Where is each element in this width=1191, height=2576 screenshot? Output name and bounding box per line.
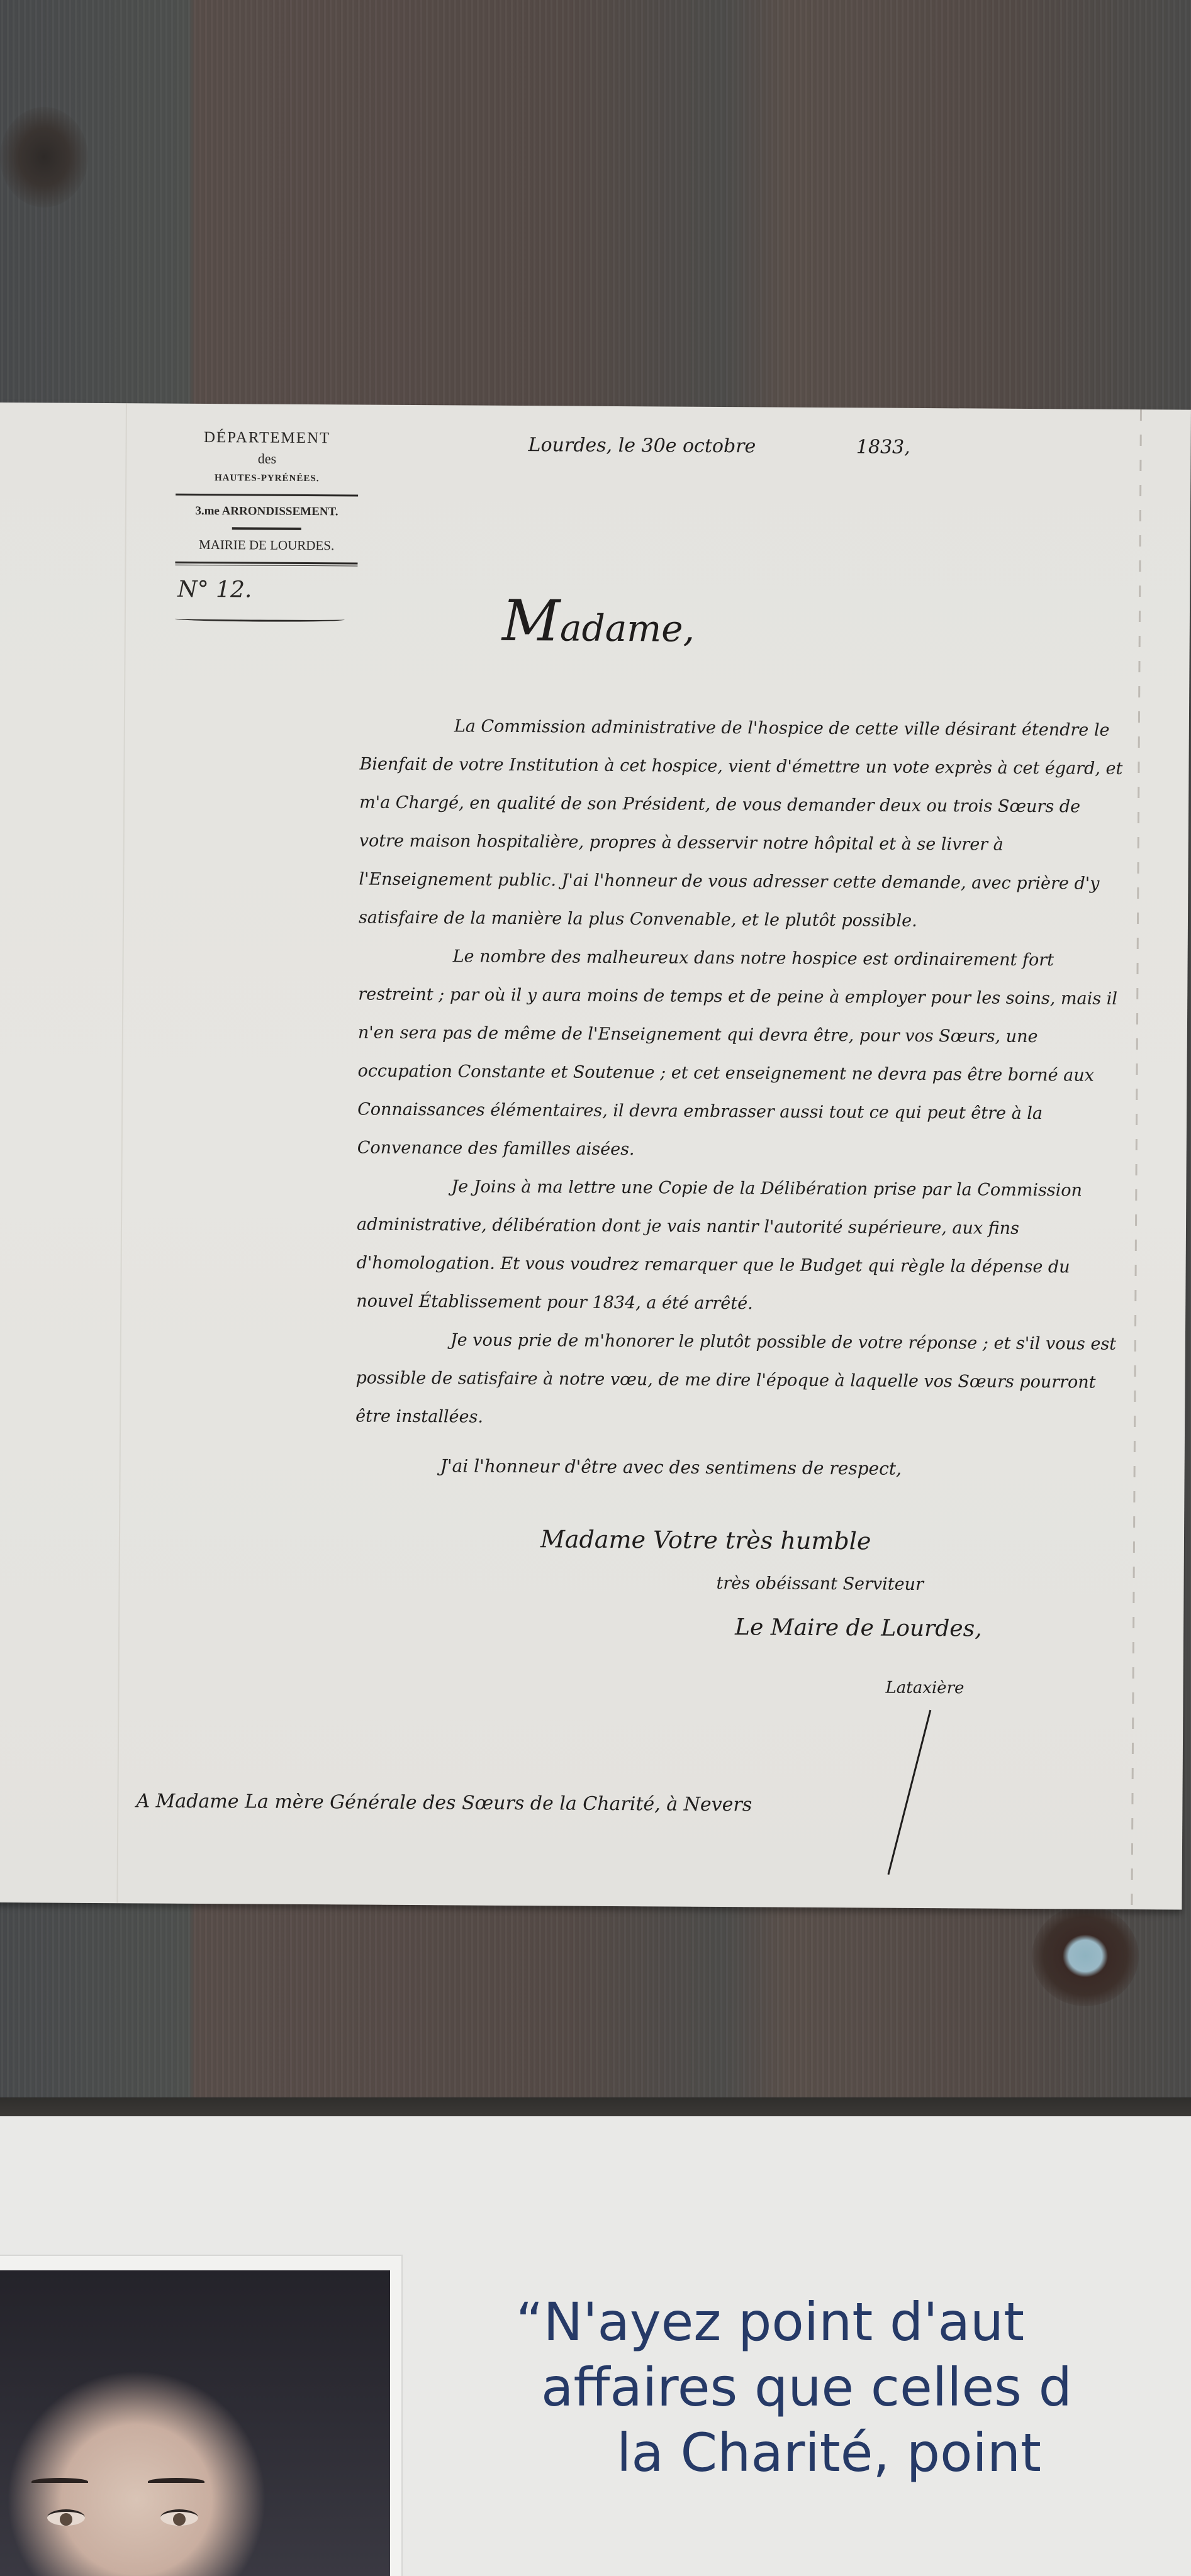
- signoff-line: Madame Votre très humble: [540, 1525, 871, 1555]
- paper-fold-line: [116, 403, 127, 1903]
- paragraph: La Commission administrative de l'hospic…: [359, 707, 1127, 941]
- flourish-divider: [175, 616, 345, 623]
- paragraph: Le nombre des malheureux dans notre hosp…: [357, 936, 1126, 1171]
- letterhead-department: DÉPARTEMENT: [176, 429, 359, 448]
- signoff-line: Le Maire de Lourdes,: [735, 1614, 982, 1641]
- eyebrow: [148, 2478, 204, 2485]
- eye: [160, 2509, 198, 2526]
- quote-line: “N'ayez point d'aut: [516, 2289, 1191, 2355]
- salutation: Madame,: [502, 588, 695, 655]
- letter-body: La Commission administrative de l'hospic…: [355, 707, 1127, 1440]
- wood-knot: [1032, 1906, 1139, 2006]
- frame-edge: [0, 2097, 1191, 2116]
- dateline: Lourdes, le 30e octobre 1833,: [528, 434, 910, 458]
- eye: [47, 2509, 85, 2526]
- eyebrow: [31, 2478, 88, 2485]
- historical-letter: DÉPARTEMENT des HAUTES-PYRÉNÉES. 3.me AR…: [0, 402, 1191, 1910]
- wood-knot: [0, 107, 88, 208]
- portrait-image: [0, 2270, 390, 2576]
- double-divider: [175, 562, 357, 567]
- letterhead-arrondissement: 3.me ARRONDISSEMENT.: [176, 504, 358, 519]
- letterhead-des: des: [176, 450, 358, 468]
- closing-line: J'ai l'honneur d'être avec des sentimens…: [440, 1455, 902, 1479]
- paragraph: Je Joins à ma lettre une Copie de la Dél…: [356, 1167, 1124, 1324]
- quote-line: la Charité, point: [516, 2420, 1191, 2485]
- signoff-line: très obéissant Serviteur: [716, 1574, 924, 1594]
- signature-stroke: [887, 1710, 931, 1875]
- signature: Lataxière: [885, 1679, 964, 1698]
- recipient-address: A Madame La mère Générale des Sœurs de l…: [136, 1790, 752, 1816]
- letterhead: DÉPARTEMENT des HAUTES-PYRÉNÉES. 3.me AR…: [175, 429, 359, 623]
- date-year: 1833,: [856, 436, 910, 458]
- quote-line: affaires que celles d: [516, 2355, 1191, 2420]
- divider: [232, 527, 301, 530]
- quote-text: “N'ayez point d'aut affaires que celles …: [516, 2289, 1191, 2485]
- date-text: Lourdes, le 30e octobre: [528, 434, 756, 457]
- letterhead-mairie: MAIRIE DE LOURDES.: [176, 537, 358, 554]
- letter-number: N° 12.: [175, 577, 357, 604]
- letterhead-region: HAUTES-PYRÉNÉES.: [176, 473, 358, 485]
- paragraph: Je vous prie de m'honorer le plutôt poss…: [355, 1320, 1124, 1440]
- divider: [176, 494, 358, 497]
